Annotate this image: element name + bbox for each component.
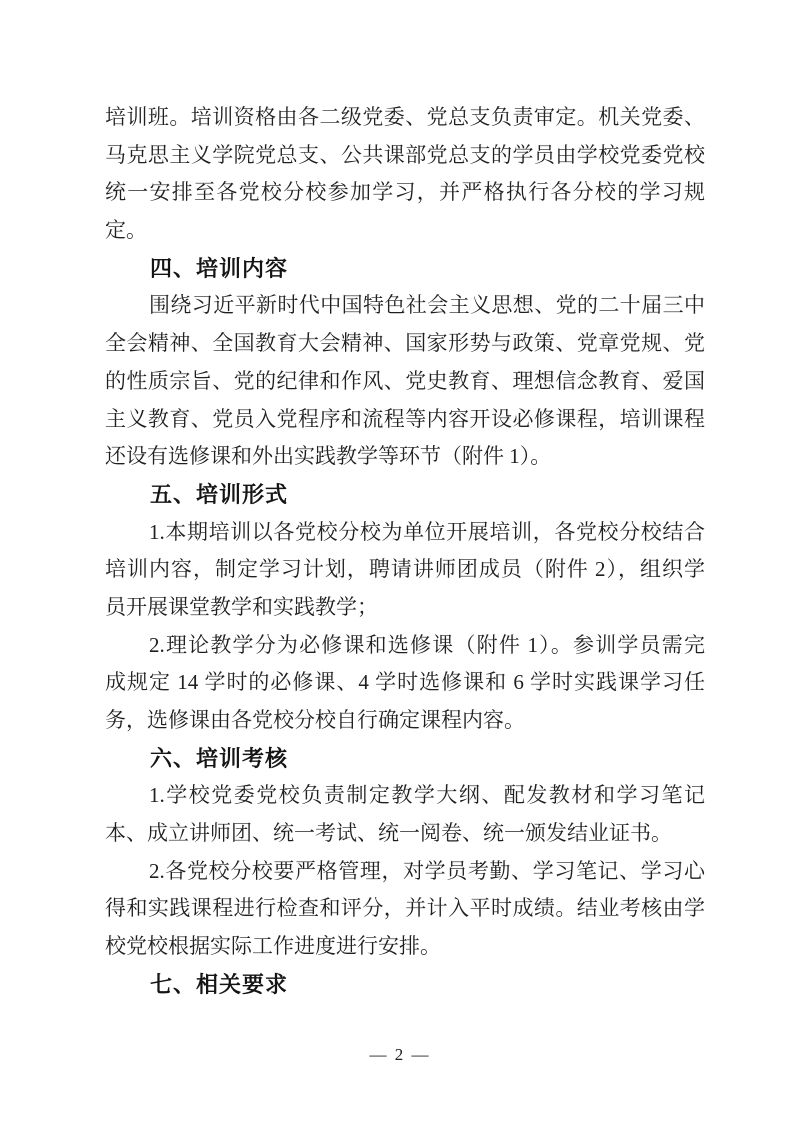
text-line: 1.本期培训以各党校分校为单位开展培训，各党校分校结合	[105, 514, 705, 552]
paragraph: 1.学校党委党校负责制定教学大纲、配发教材和学习笔记 本、成立讲师团、统一考试、…	[105, 777, 705, 852]
text-line: 的性质宗旨、党的纪律和作风、党史教育、理想信念教育、爱国	[105, 363, 705, 401]
text-line: 校党校根据实际工作进度进行安排。	[105, 928, 705, 966]
text-line: 1.学校党委党校负责制定教学大纲、配发教材和学习笔记	[105, 777, 705, 815]
text-line: 围绕习近平新时代中国特色社会主义思想、党的二十届三中	[105, 287, 705, 325]
text-line: 务，选修课由各党校分校自行确定课程内容。	[105, 702, 705, 740]
paragraph: 2.各党校分校要严格管理，对学员考勤、学习笔记、学习心 得和实践课程进行检查和评…	[105, 853, 705, 966]
text-line: 成规定 14 学时的必修课、4 学时选修课和 6 学时实践课学习任	[105, 664, 705, 702]
paragraph: 1.本期培训以各党校分校为单位开展培训，各党校分校结合 培训内容，制定学习计划，…	[105, 514, 705, 627]
section-heading-5: 五、培训形式	[105, 476, 705, 514]
section-heading-6: 六、培训考核	[105, 740, 705, 778]
section-heading-4: 四、培训内容	[105, 250, 705, 288]
text-line: 培训班。培训资格由各二级党委、党总支负责审定。机关党委、	[105, 99, 705, 137]
text-line: 还设有选修课和外出实践教学等环节（附件 1）。	[105, 438, 705, 476]
section-heading-7: 七、相关要求	[105, 966, 705, 1004]
text-line: 定。	[105, 212, 705, 250]
paragraph: 2.理论教学分为必修课和选修课（附件 1）。参训学员需完 成规定 14 学时的必…	[105, 627, 705, 740]
page-number: — 2 —	[0, 1045, 800, 1065]
text-line: 统一安排至各党校分校参加学习，并严格执行各分校的学习规	[105, 174, 705, 212]
text-line: 主义教育、党员入党程序和流程等内容开设必修课程，培训课程	[105, 401, 705, 439]
text-line: 全会精神、全国教育大会精神、国家形势与政策、党章党规、党	[105, 325, 705, 363]
paragraph: 围绕习近平新时代中国特色社会主义思想、党的二十届三中 全会精神、全国教育大会精神…	[105, 287, 705, 475]
text-line: 员开展课堂教学和实践教学；	[105, 589, 705, 627]
text-line: 培训内容，制定学习计划，聘请讲师团成员（附件 2），组织学	[105, 551, 705, 589]
text-line: 本、成立讲师团、统一考试、统一阅卷、统一颁发结业证书。	[105, 815, 705, 853]
document-page: 培训班。培训资格由各二级党委、党总支负责审定。机关党委、 马克思主义学院党总支、…	[0, 0, 800, 1132]
text-line: 2.理论教学分为必修课和选修课（附件 1）。参训学员需完	[105, 627, 705, 665]
text-line: 2.各党校分校要严格管理，对学员考勤、学习笔记、学习心	[105, 853, 705, 891]
text-line: 马克思主义学院党总支、公共课部党总支的学员由学校党委党校	[105, 137, 705, 175]
paragraph: 培训班。培训资格由各二级党委、党总支负责审定。机关党委、 马克思主义学院党总支、…	[105, 99, 705, 250]
text-line: 得和实践课程进行检查和评分，并计入平时成绩。结业考核由学	[105, 890, 705, 928]
document-body: 培训班。培训资格由各二级党委、党总支负责审定。机关党委、 马克思主义学院党总支、…	[105, 99, 705, 1004]
